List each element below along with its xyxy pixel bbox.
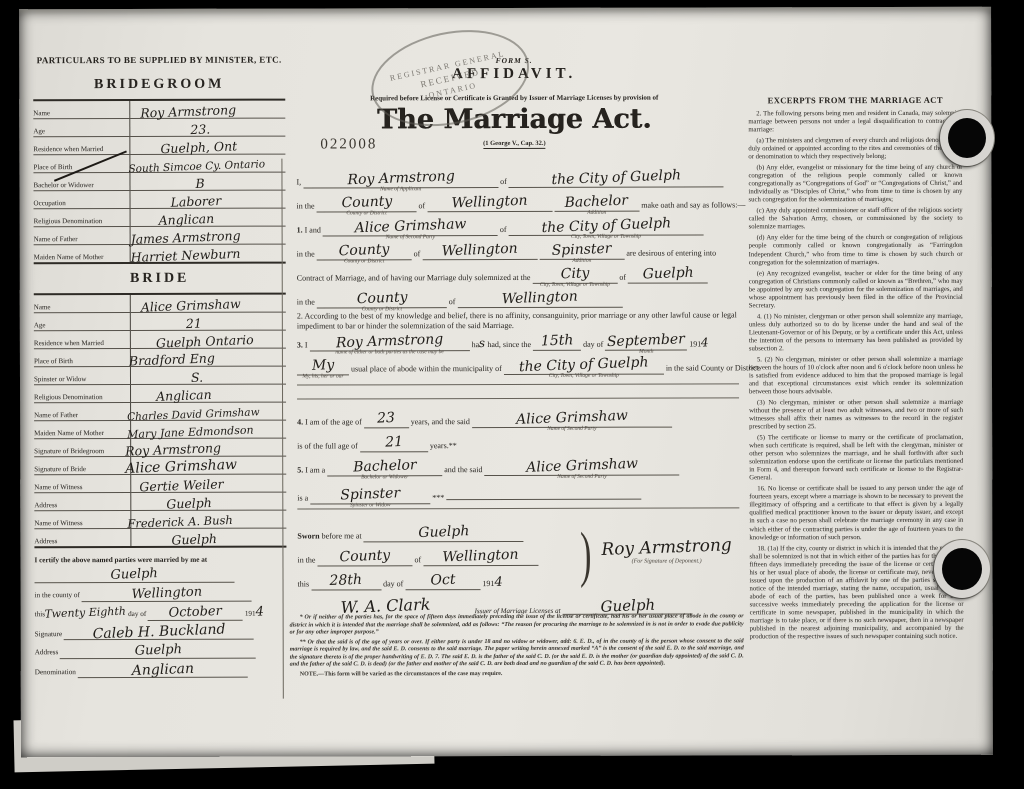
excerpt-paragraph: (3) No clergyman, minister or other pers… <box>749 399 963 432</box>
minister-address: Guelph <box>134 642 182 659</box>
form-footnotes: * Or if neither of the parties has, for … <box>290 613 744 680</box>
table-row: Religious DenominationAnglican <box>34 208 286 227</box>
county-word: County <box>339 241 390 259</box>
marriage-act-excerpts: EXCERPTS FROM THE MARRIAGE ACT 2. The fo… <box>748 95 964 680</box>
handwritten-value: B <box>195 176 205 191</box>
table-row: Signature of BrideAlice Grimshaw <box>34 456 286 475</box>
table-row: Place of BirthSouth Simcoe Cy. Ontario <box>33 154 285 173</box>
section3-line-1: 3. I Roy Armstrongname of either or both… <box>297 334 741 351</box>
scanned-marriage-affidavit: { "left": { "title": "PARTICULARS TO BE … <box>0 0 1024 789</box>
blank-rule <box>297 507 739 509</box>
binder-ring-bottom <box>934 540 990 598</box>
excerpt-paragraph: 2. The following persons being men and r… <box>748 110 962 135</box>
deponent-signature: Roy Armstrong <box>601 535 732 560</box>
section3-line-2: MyMy, his, her or our usual place of abo… <box>297 358 741 375</box>
table-row: AddressGuelph <box>34 492 286 511</box>
section4-line-2: is of the full age of 21 years.** <box>297 435 741 452</box>
table-row: Place of BirthBradford Eng <box>34 348 286 367</box>
table-row: Maiden Name of MotherHarriet Newburn <box>34 244 286 263</box>
table-row: Name of FatherCharles David Grimshaw <box>34 402 286 421</box>
sworn-brace: ) <box>580 520 592 591</box>
table-row: Residence when MarriedGuelph Ontario <box>34 330 286 349</box>
sworn-line-1: Sworn before me at Guelph <box>297 526 587 543</box>
deponent-signature-label: (For Signature of Deponent.) <box>601 558 731 564</box>
section5-line-2: is a SpinsterSpinster or Widow *** <box>297 483 741 504</box>
excerpts-title: EXCERPTS FROM THE MARRIAGE ACT <box>748 95 962 106</box>
excerpt-paragraph: (d) Any elder for the time being of the … <box>749 234 963 267</box>
table-row: Residence when MarriedGuelph, Ont <box>33 136 285 155</box>
bride-heading: BRIDE <box>34 271 286 288</box>
handwritten-value: 23. <box>190 121 210 137</box>
table-row: Maiden Name of MotherMary Jane Edmondson <box>34 420 286 439</box>
sworn-day: 28th <box>330 572 363 589</box>
sworn-year-digit: 4 <box>494 575 503 590</box>
table-row: Signature of BridegroomRoy Armstrong <box>34 438 286 457</box>
table-row: Age23. <box>33 118 285 137</box>
excerpt-paragraph: 5. (2) No clergyman, minister or other p… <box>749 356 963 397</box>
act-title: The Marriage Act. <box>282 103 746 135</box>
intro-line-2: in the CountyCounty or District of Welli… <box>297 195 741 212</box>
excerpt-paragraph: (5) The certificate or license to marry … <box>749 434 963 483</box>
table-row: Spinster or WidowS. <box>34 366 286 385</box>
abode-year-digit: 4 <box>701 335 709 349</box>
deponent-signature-block: Roy Armstrong (For Signature of Deponent… <box>601 537 731 564</box>
handwritten-value: Guelph <box>171 531 217 548</box>
sworn-line-2: in the County of Wellington <box>297 550 587 567</box>
handwritten-value: Laborer <box>170 193 221 210</box>
county-name: Wellington <box>442 547 519 566</box>
bride-table: NameAlice Grimshaw Age21 Residence when … <box>34 293 287 549</box>
sworn-month: Oct <box>430 572 456 589</box>
table-row: AddressGuelph <box>34 528 286 547</box>
county-word: County <box>356 289 407 307</box>
certify-county: Wellington <box>131 585 202 603</box>
abode-month: September <box>607 331 686 350</box>
section1-line-2: in the CountyCounty or District of Welli… <box>297 243 741 260</box>
applicant-place: the City of Guelph <box>551 167 681 188</box>
section1-line-4: in the CountyCounty or District of Welli… <box>297 291 741 308</box>
section1-line-3: Contract of Marriage, and of having our … <box>297 267 741 284</box>
footnote-note: NOTE.—This form will be varied as the ci… <box>290 670 744 679</box>
county-name: Wellington <box>442 241 519 260</box>
excerpt-paragraph: (b) Any elder, evangelist or missionary … <box>748 164 962 205</box>
section5-line-1: 5. I am a BachelorBachelor or Widower an… <box>297 459 741 476</box>
hw-s: s <box>479 336 486 350</box>
addition-status: Spinster <box>552 241 612 259</box>
affidavit-form: FORM S. AFFIDAVIT. Required before Licen… <box>282 7 748 756</box>
bridegroom-heading: BRIDEGROOM <box>33 77 285 94</box>
county-name: Wellington <box>502 288 579 307</box>
table-row: Name of WitnessFrederick A. Bush <box>34 510 286 529</box>
handwritten-value: S. <box>191 370 204 385</box>
blank-rule <box>297 383 739 385</box>
footnote: * Or if neither of the parties has, for … <box>290 613 744 637</box>
excerpt-paragraph: 4. (1) No minister, clergyman or other p… <box>749 313 963 354</box>
table-row: Name of WitnessGertie Weiler <box>34 474 286 493</box>
table-row: OccupationLaborer <box>33 190 285 209</box>
sworn-place: Guelph <box>418 523 470 541</box>
county-word: County <box>339 547 390 565</box>
second-party-status: Spinster <box>340 485 400 503</box>
intro-line-1: I, Roy ArmstrongName of Applicant of the… <box>296 171 740 188</box>
second-party-age: 21 <box>385 434 403 451</box>
affidavit-page: PARTICULARS TO BE SUPPLIED BY MINISTER, … <box>19 7 993 758</box>
footnote: ** Or that the said is of the age of yea… <box>290 638 744 669</box>
table-row: Name of FatherJames Armstrong <box>34 226 286 245</box>
applicant-status: Bachelor <box>353 457 417 475</box>
handwritten-value: Guelph <box>166 495 212 512</box>
excerpt-paragraph: (a) The ministers and clergymen of every… <box>748 137 962 162</box>
solemnize-city: City <box>560 265 589 282</box>
section1-line-1: 1. I and Alice GrimshawName of Second Pa… <box>297 219 741 236</box>
blank-rule <box>297 397 739 399</box>
table-row: NameAlice Grimshaw <box>34 294 286 313</box>
binder-ring-top <box>940 110 994 166</box>
excerpt-paragraph: 16. No license or certificate shall be i… <box>749 485 963 542</box>
table-row: Age21 <box>34 312 286 331</box>
excerpt-paragraph: (c) Any duly appointed commissioner or s… <box>749 207 963 232</box>
abode-day: 15th <box>541 332 574 349</box>
table-row: Religious DenominationAnglican <box>34 384 286 403</box>
minister-certification: I certify the above named parties were m… <box>34 556 286 679</box>
handwritten-value: 21 <box>186 316 202 332</box>
solemnize-city-name: Guelph <box>642 265 694 283</box>
certify-day: Twenty Eighth <box>45 605 127 621</box>
certify-place: Guelph <box>111 566 159 583</box>
county-word: County <box>341 193 392 211</box>
section2-text: 2. According to the best of my knowledge… <box>297 310 737 331</box>
left-panel-title: PARTICULARS TO BE SUPPLIED BY MINISTER, … <box>33 55 285 66</box>
applicant-age: 23 <box>377 410 395 427</box>
handwritten-value: Harriet Newburn <box>130 246 240 265</box>
sworn-line-3: this 28th day of Oct 1914 <box>298 574 588 591</box>
certify-month: October <box>169 604 223 621</box>
excerpt-paragraph: (e) Any recognized evangelist, teacher o… <box>749 269 963 310</box>
my-word: My <box>312 357 335 374</box>
excerpt-paragraph: 18. (1a) If the city, county or district… <box>749 544 963 641</box>
addition-status: Bachelor <box>565 193 629 211</box>
minister-signature: Caleb H. Buckland <box>92 621 225 642</box>
minister-particulars-panel: PARTICULARS TO BE SUPPLIED BY MINISTER, … <box>33 55 287 679</box>
certify-year-digit: 4 <box>255 604 264 619</box>
serial-number: 022008 <box>320 136 377 153</box>
bridegroom-table: NameRoy Armstrong Age23. Residence when … <box>33 99 285 265</box>
table-row: NameRoy Armstrong <box>33 100 285 119</box>
county-name: Wellington <box>451 193 528 212</box>
section4-line-1: 4. I am of the age of 23 years, and the … <box>297 411 741 428</box>
minister-denomination: Anglican <box>131 661 194 679</box>
certify-intro: I certify the above named parties were m… <box>34 556 286 565</box>
